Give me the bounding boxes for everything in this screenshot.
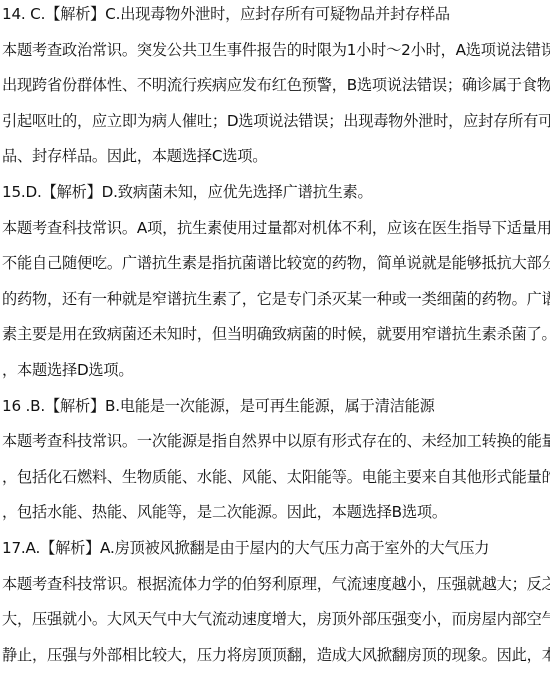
q16-text-line: ，包括水能、热能、风能等，是二次能源。因此，本题选择B选项。 (2, 498, 550, 534)
q15-text-line: ，本题选择D选项。 (2, 356, 550, 392)
q15-text-line: 本题考查科技常识。A项，抗生素使用过量都对机体不利，应该在医生指导下适量用药， (2, 214, 550, 250)
q15-text-line: 不能自己随便吃。广谱抗生素是指抗菌谱比较宽的药物，简单说就是能够抵抗大部分细菌 (2, 249, 550, 285)
q14-heading: 14. C.【解析】C.出现毒物外泄时，应封存所有可疑物品并封存样品 (2, 0, 550, 36)
answer-explanation-document: 14. C.【解析】C.出现毒物外泄时，应封存所有可疑物品并封存样品 本题考查政… (2, 0, 550, 676)
q14-text-line: 本题考查政治常识。突发公共卫生事件报告的时限为1小时～2小时，A选项说法错误； (2, 36, 550, 72)
q16-text-line: 本题考查科技常识。一次能源是指自然界中以原有形式存在的、未经加工转换的能量资源 (2, 427, 550, 463)
q17-text-line: 本题考查科技常识。根据流体力学的伯努利原理，气流速度越小，压强就越大；反之速度 (2, 570, 550, 606)
q16-text-line: ，包括化石燃料、生物质能、水能、风能、太阳能等。电能主要来自其他形式能量的转换 (2, 463, 550, 499)
q15-text-line: 素主要是用在致病菌还未知时，但当明确致病菌的时候，就要用窄谱抗生素杀菌了。因此 (2, 320, 550, 356)
q14-text-line: 引起呕吐的，应立即为病人催吐；D选项说法错误；出现毒物外泄时，应封存所有可疑物 (2, 107, 550, 143)
q14-text-line: 出现跨省份群体性、不明流行疾病应发布红色预警，B选项说法错误；确诊属于食物中毒 (2, 71, 550, 107)
q16-heading: 16 .B.【解析】B.电能是一次能源，是可再生能源，属于清洁能源 (2, 392, 550, 428)
q17-text-line: 大，压强就小。大风天气中大气流动速度增大，房顶外部压强变小，而房屋内部空气相对 (2, 605, 550, 641)
q14-text-line: 品、封存样品。因此，本题选择C选项。 (2, 142, 550, 178)
q17-heading: 17.A.【解析】A.房顶被风掀翻是由于屋内的大气压力高于室外的大气压力 (2, 534, 550, 570)
q15-heading: 15.D.【解析】D.致病菌未知，应优先选择广谱抗生素。 (2, 178, 550, 214)
q15-text-line: 的药物，还有一种就是窄谱抗生素了，它是专门杀灭某一种或一类细菌的药物。广谱抗生 (2, 285, 550, 321)
q17-text-line: 静止，压强与外部相比较大，压力将房顶顶翻，造成大风掀翻房顶的现象。因此，本题选 (2, 641, 550, 677)
